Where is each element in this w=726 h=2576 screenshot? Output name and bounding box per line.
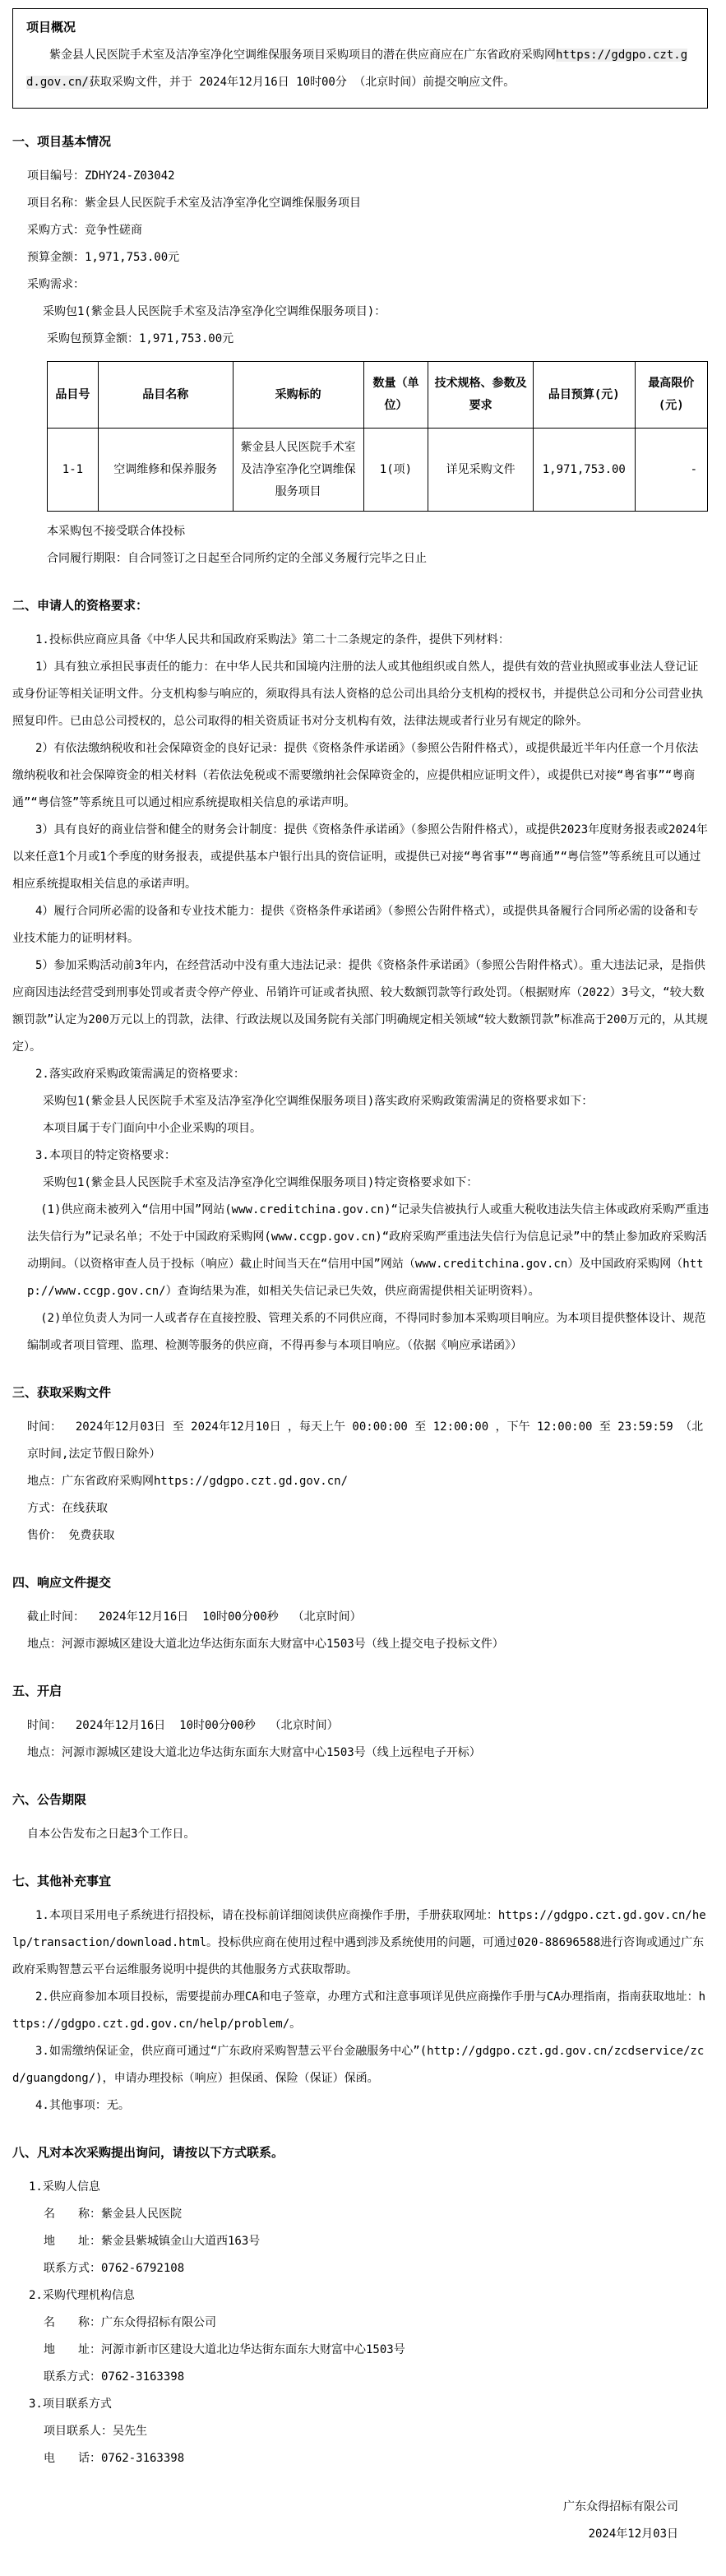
overview-text-after-url: 获取采购文件，并于 2024年12月16日 10时00分 （北京时间）前提交响应…: [89, 76, 515, 89]
purchaser-address-line: 地 址：紫金县紫城镇金山大道西163号: [44, 2228, 710, 2255]
col-header-tech-spec: 技术规格、参数及要求: [428, 362, 534, 429]
qualification-sub-item-1: 1）具有独立承担民事责任的能力：在中华人民共和国境内注册的法人或其他组织或自然人…: [12, 654, 710, 735]
document-time-line: 时间： 2024年12月03日 至 2024年12月10日 ，每天上午 00:0…: [27, 1414, 710, 1468]
submission-deadline-line: 截止时间： 2024年12月16日 10时00分00秒 （北京时间）: [27, 1604, 710, 1631]
items-table: 品目号 品目名称 采购标的 数量（单位） 技术规格、参数及要求 品目预算(元) …: [47, 361, 708, 512]
table-row: 1-1 空调维修和保养服务 紫金县人民医院手术室及洁净室净化空调维保服务项目 1…: [48, 429, 708, 512]
specific-requirement-line: 采购包1(紫金县人民医院手术室及洁净室净化空调维保服务项目)特定资格要求如下：: [43, 1170, 710, 1197]
signature-block: 广东众得招标有限公司 2024年12月03日: [12, 2494, 678, 2548]
col-header-max-price: 最高限价(元): [635, 362, 707, 429]
policy-requirement-line: 采购包1(紫金县人民医院手术室及洁净室净化空调维保服务项目)落实政府采购政策需满…: [43, 1088, 710, 1115]
submission-location-line: 地点：河源市源城区建设大道北边华达街东面东大财富中心1503号（线上提交电子投标…: [27, 1631, 710, 1658]
section2-heading: 二、申请人的资格要求：: [12, 592, 710, 619]
cell-tech-spec: 详见采购文件: [428, 429, 534, 512]
project-number-line: 项目编号：ZDHY24-Z03042: [27, 163, 710, 190]
purchaser-name-line: 名 称：紫金县人民医院: [44, 2201, 710, 2228]
overview-paragraph: 紫金县人民医院手术室及洁净室净化空调维保服务项目采购项目的潜在供应商应在广东省政…: [26, 42, 694, 96]
procurement-announcement-document: 项目概况 紫金县人民医院手术室及洁净室净化空调维保服务项目采购项目的潜在供应商应…: [0, 0, 726, 2576]
package1-budget-line: 采购包预算金额：1,971,753.00元: [47, 326, 710, 353]
section5-heading: 五、开启: [12, 1678, 710, 1705]
qualification-item2: 2.落实政府采购政策需满足的资格要求：: [12, 1061, 710, 1088]
col-header-item-name: 品目名称: [98, 362, 233, 429]
section7-heading: 七、其他补充事宜: [12, 1868, 710, 1895]
agency-info-title: 2.采购代理机构信息: [29, 2282, 710, 2310]
specific-requirement-sub-2: (2)单位负责人为同一人或者存在直接控股、管理关系的不同供应商，不得同时参加本采…: [27, 1305, 710, 1360]
sme-project-line: 本项目属于专门面向中小企业采购的项目。: [43, 1115, 710, 1142]
project-name-line: 项目名称：紫金县人民医院手术室及洁净室净化空调维保服务项目: [27, 190, 710, 217]
supplementary-item-2: 2.供应商参加本项目投标，需要提前办理CA和电子签章，办理方式和注意事项详见供应…: [12, 1984, 710, 2038]
section3-heading: 三、获取采购文件: [12, 1379, 710, 1406]
announcement-period-line: 自本公告发布之日起3个工作日。: [27, 1821, 710, 1848]
no-joint-bid-note: 本采购包不接受联合体投标: [47, 518, 710, 545]
project-contact-title: 3.项目联系方式: [29, 2391, 710, 2418]
overview-text-before-url: 紫金县人民医院手术室及洁净室净化空调维保服务项目采购项目的潜在供应商应在广东省政…: [49, 49, 556, 62]
items-table-header-row: 品目号 品目名称 采购标的 数量（单位） 技术规格、参数及要求 品目预算(元) …: [48, 362, 708, 429]
cell-item-name: 空调维修和保养服务: [98, 429, 233, 512]
agency-name-line: 名 称：广东众得招标有限公司: [44, 2310, 710, 2337]
signature-date: 2024年12月03日: [12, 2521, 678, 2548]
specific-requirement-sub-1: (1)供应商未被列入“信用中国”网站(www.creditchina.gov.c…: [27, 1197, 710, 1305]
cell-subject: 紫金县人民医院手术室及洁净室净化空调维保服务项目: [233, 429, 363, 512]
section4-heading: 四、响应文件提交: [12, 1569, 710, 1596]
qualification-sub-item-4: 4）履行合同所必需的设备和专业技术能力：提供《资格条件承诺函》（参照公告附件格式…: [12, 898, 710, 952]
procurement-demand-line: 采购需求：: [27, 271, 710, 299]
overview-box: 项目概况 紫金县人民医院手术室及洁净室净化空调维保服务项目采购项目的潜在供应商应…: [12, 8, 708, 109]
opening-location-line: 地点：河源市源城区建设大道北边华达街东面东大财富中心1503号（线上远程电子开标…: [27, 1740, 710, 1767]
contract-period-note: 合同履行期限：自合同签订之日起至合同所约定的全部义务履行完毕之日止: [47, 545, 710, 572]
document-location-label: 地点：广东省政府采购网: [27, 1475, 154, 1488]
project-phone-line: 电 话：0762-3163398: [44, 2445, 710, 2472]
document-location-line: 地点：广东省政府采购网https://gdgpo.czt.gd.gov.cn/: [27, 1468, 710, 1495]
supplementary-item-1: 1.本项目采用电子系统进行招投标，请在投标前详细阅读供应商操作手册，手册获取网址…: [12, 1902, 710, 1984]
document-price-line: 售价： 免费获取: [27, 1522, 710, 1550]
cell-item-budget: 1,971,753.00: [533, 429, 635, 512]
package1-line: 采购包1(紫金县人民医院手术室及洁净室净化空调维保服务项目)：: [43, 299, 710, 326]
supplementary-item-4: 4.其他事项：无。: [12, 2092, 710, 2120]
project-contact-person-line: 项目联系人：吴先生: [44, 2418, 710, 2445]
cell-quantity: 1(项): [363, 429, 428, 512]
agency-contact-line: 联系方式：0762-3163398: [44, 2364, 710, 2391]
cell-item-no: 1-1: [48, 429, 99, 512]
qualification-sub-item-5: 5）参加采购活动前3年内，在经营活动中没有重大违法记录：提供《资格条件承诺函》（…: [12, 952, 710, 1061]
document-location-url: https://gdgpo.czt.gd.gov.cn/: [154, 1475, 348, 1488]
section8-heading: 八、凡对本次采购提出询问，请按以下方式联系。: [12, 2139, 710, 2166]
document-method-line: 方式：在线获取: [27, 1495, 710, 1522]
signature-company: 广东众得招标有限公司: [12, 2494, 678, 2521]
col-header-subject: 采购标的: [233, 362, 363, 429]
agency-address-line: 地 址：河源市新市区建设大道北边华达街东面东大财富中心1503号: [44, 2337, 710, 2364]
cell-max-price: -: [635, 429, 707, 512]
opening-time-line: 时间： 2024年12月16日 10时00分00秒 （北京时间）: [27, 1712, 710, 1740]
section1-heading: 一、项目基本情况: [12, 128, 710, 155]
budget-amount-line: 预算金额：1,971,753.00元: [27, 244, 710, 271]
qualification-item3: 3.本项目的特定资格要求：: [12, 1142, 710, 1170]
col-header-item-no: 品目号: [48, 362, 99, 429]
procurement-method-line: 采购方式：竞争性磋商: [27, 217, 710, 244]
qualification-item1: 1.投标供应商应具备《中华人民共和国政府采购法》第二十二条规定的条件，提供下列材…: [12, 627, 710, 654]
purchaser-info-title: 1.采购人信息: [29, 2174, 710, 2201]
qualification-sub-item-3: 3）具有良好的商业信誉和健全的财务会计制度：提供《资格条件承诺函》（参照公告附件…: [12, 817, 710, 898]
overview-title: 项目概况: [26, 12, 694, 42]
qualification-sub-item-2: 2）有依法缴纳税收和社会保障资金的良好记录：提供《资格条件承诺函》（参照公告附件…: [12, 735, 710, 817]
supplementary-item-3: 3.如需缴纳保证金，供应商可通过“广东政府采购智慧云平台金融服务中心”(http…: [12, 2038, 710, 2092]
section6-heading: 六、公告期限: [12, 1786, 710, 1814]
col-header-quantity: 数量（单位）: [363, 362, 428, 429]
purchaser-contact-line: 联系方式：0762-6792108: [44, 2255, 710, 2282]
col-header-item-budget: 品目预算(元): [533, 362, 635, 429]
